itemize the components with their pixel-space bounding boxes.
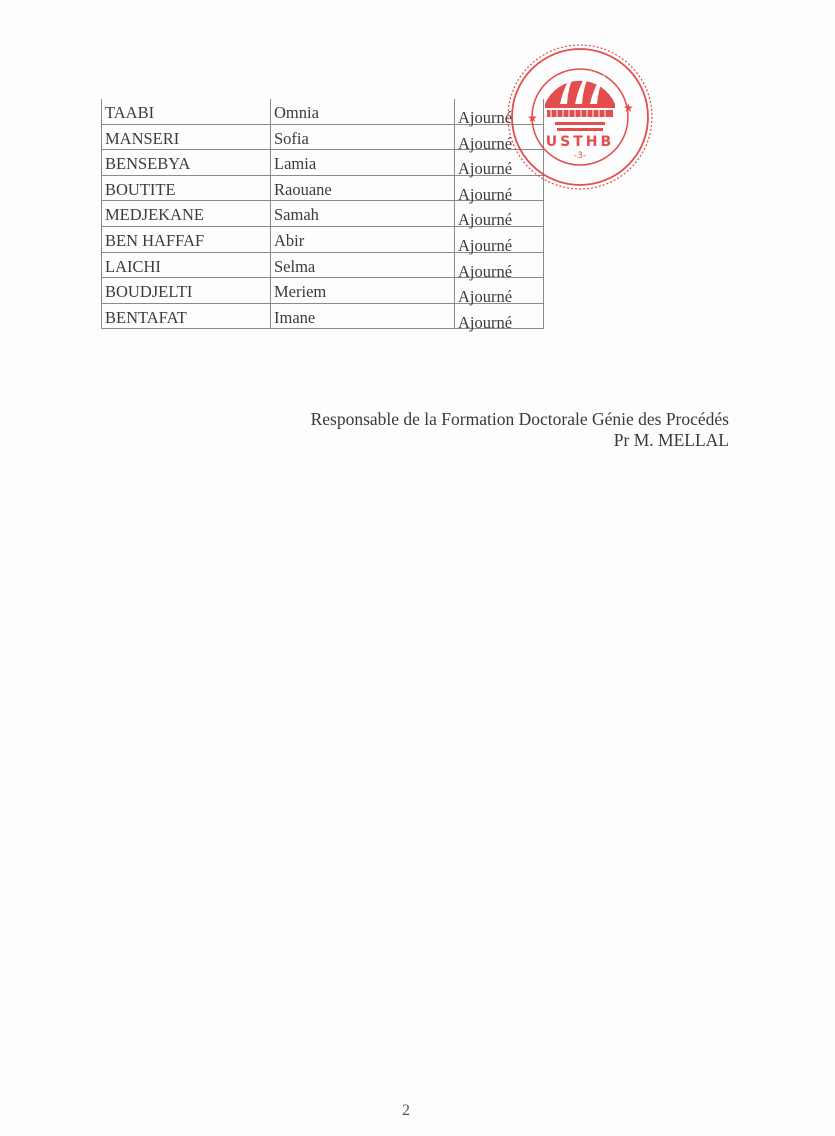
- first-name-cell: Imane: [271, 303, 455, 329]
- first-name-cell: Samah: [271, 201, 455, 227]
- last-name-cell: TAABI: [102, 99, 271, 124]
- last-name-cell: BENTAFAT: [102, 303, 271, 329]
- table-row: BOUTITERaouaneAjourné: [102, 175, 544, 201]
- last-name-cell: BEN HAFFAF: [102, 226, 271, 252]
- first-name-cell: Lamia: [271, 150, 455, 176]
- status-cell: Ajourné: [455, 303, 544, 329]
- last-name-cell: BOUTITE: [102, 175, 271, 201]
- table-row: MANSERISofiaAjourné: [102, 124, 544, 150]
- status-cell: Ajourné: [455, 226, 544, 252]
- document-page: TAABIOmniaAjournéMANSERISofiaAjournéBENS…: [0, 0, 835, 1136]
- signature-block: Responsable de la Formation Doctorale Gé…: [311, 409, 729, 451]
- official-seal-icon: ★ ★ USTHB -3-: [505, 42, 655, 192]
- table-row: BEN HAFFAFAbirAjourné: [102, 226, 544, 252]
- status-cell: Ajourné: [455, 278, 544, 304]
- results-table: TAABIOmniaAjournéMANSERISofiaAjournéBENS…: [101, 99, 544, 329]
- signatory-title: Responsable de la Formation Doctorale Gé…: [311, 409, 729, 430]
- table-row: TAABIOmniaAjourné: [102, 99, 544, 124]
- last-name-cell: MEDJEKANE: [102, 201, 271, 227]
- last-name-cell: BOUDJELTI: [102, 278, 271, 304]
- table-row: BENTAFATImaneAjourné: [102, 303, 544, 329]
- last-name-cell: BENSEBYA: [102, 150, 271, 176]
- last-name-cell: LAICHI: [102, 252, 271, 278]
- svg-text:-3-: -3-: [574, 151, 586, 161]
- first-name-cell: Meriem: [271, 278, 455, 304]
- svg-text:USTHB: USTHB: [546, 134, 614, 150]
- svg-text:★: ★: [623, 101, 634, 115]
- table-row: MEDJEKANESamahAjourné: [102, 201, 544, 227]
- first-name-cell: Selma: [271, 252, 455, 278]
- first-name-cell: Omnia: [271, 99, 455, 124]
- page-number: 2: [402, 1102, 410, 1120]
- first-name-cell: Sofia: [271, 124, 455, 150]
- status-cell: Ajourné: [455, 252, 544, 278]
- first-name-cell: Abir: [271, 226, 455, 252]
- last-name-cell: MANSERI: [102, 124, 271, 150]
- table-row: BENSEBYALamiaAjourné: [102, 150, 544, 176]
- first-name-cell: Raouane: [271, 175, 455, 201]
- status-cell: Ajourné: [455, 201, 544, 227]
- signatory-name: Pr M. MELLAL: [311, 430, 729, 451]
- table-row: BOUDJELTIMeriemAjourné: [102, 278, 544, 304]
- svg-text:★: ★: [527, 111, 538, 125]
- table-row: LAICHISelmaAjourné: [102, 252, 544, 278]
